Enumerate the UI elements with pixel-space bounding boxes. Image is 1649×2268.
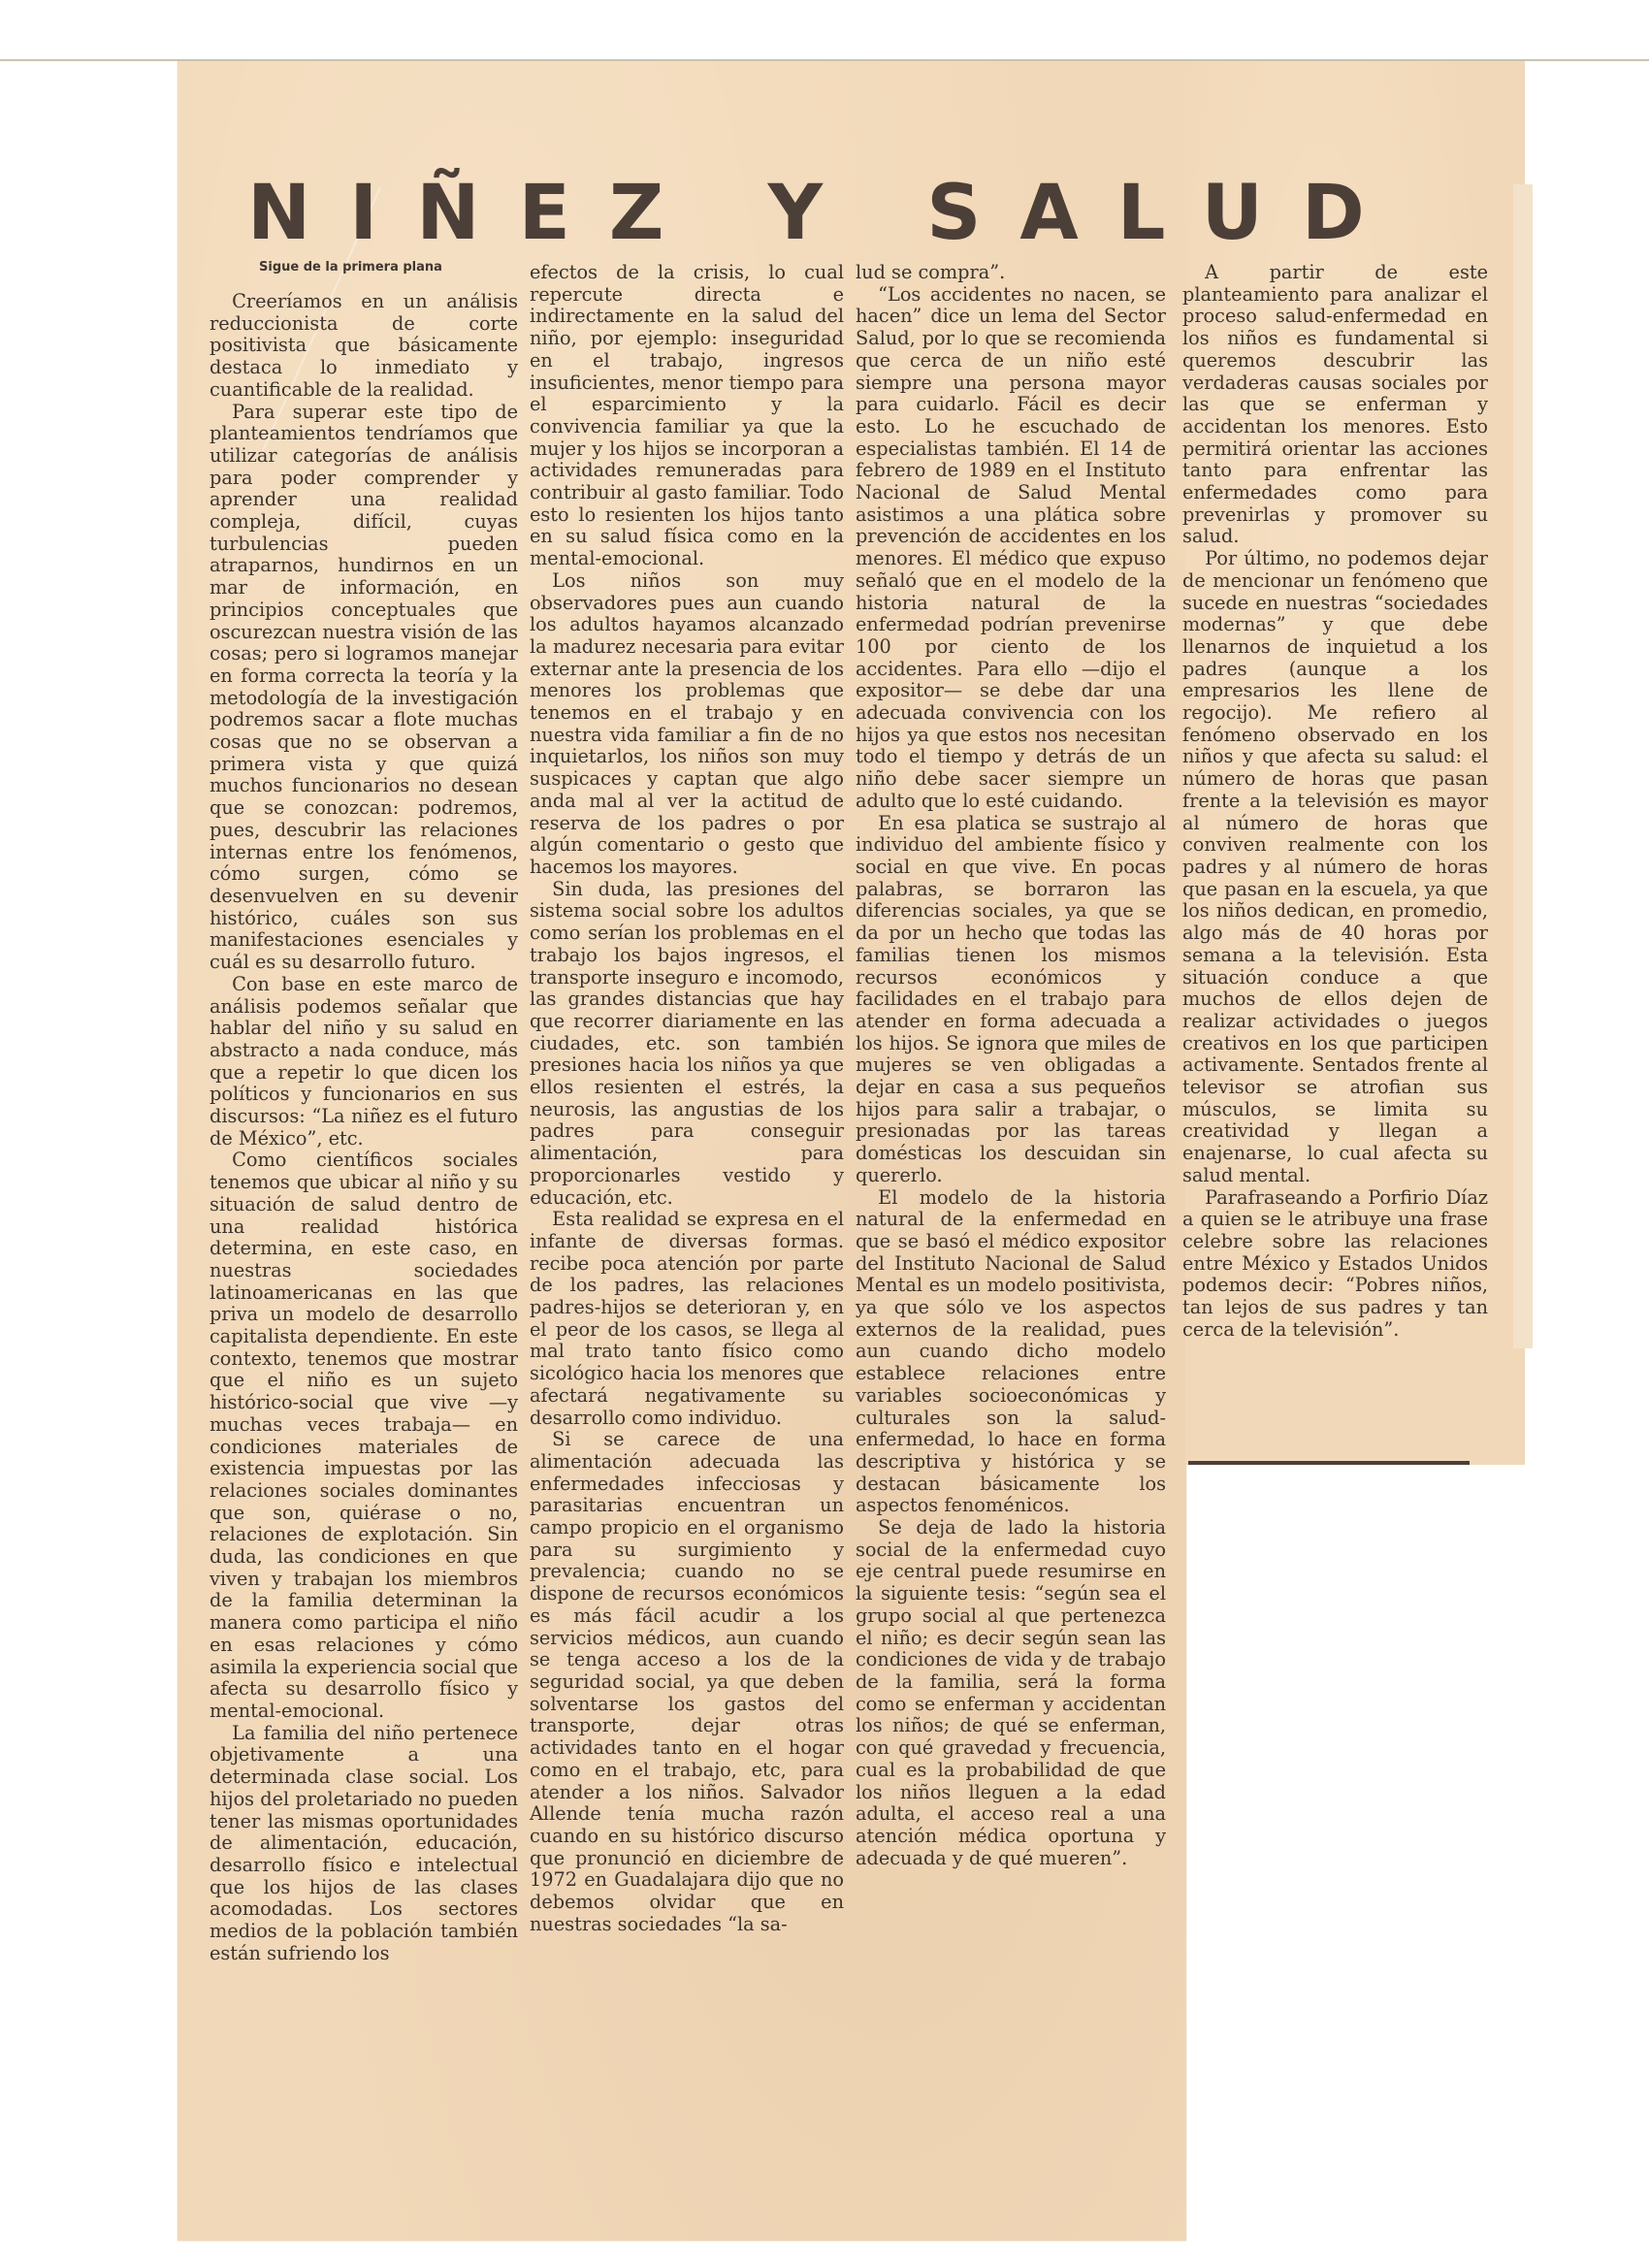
paragraph: La familia del niño pertenece objetivame… bbox=[210, 1723, 518, 1965]
paragraph: Para superar este tipo de planteamientos… bbox=[210, 402, 518, 974]
article-end-rule bbox=[1188, 1461, 1470, 1465]
article-headline: NIÑEZ Y SALUD bbox=[247, 170, 1508, 257]
paragraph: Esta realidad se expresa en el infante d… bbox=[530, 1209, 844, 1429]
paragraph: efectos de la crisis, lo cual repercute … bbox=[530, 262, 844, 570]
paragraph: A partir de este planteamiento para anal… bbox=[1182, 262, 1488, 548]
article-column-3: lud se compra”. “Los accidentes no nacen… bbox=[856, 262, 1166, 1869]
paragraph: Si se carece de una alimentación adecuad… bbox=[530, 1429, 844, 1935]
paragraph: “Los accidentes no nacen, se hacen” dice… bbox=[856, 284, 1166, 813]
paragraph: Como científicos sociales tenemos que ub… bbox=[210, 1150, 518, 1722]
paragraph: En esa platica se sustrajo al individuo … bbox=[856, 813, 1166, 1187]
article-column-4: A partir de este planteamiento para anal… bbox=[1182, 262, 1488, 1341]
article-column-2: efectos de la crisis, lo cual repercute … bbox=[530, 262, 844, 1935]
paragraph: Parafraseando a Porfirio Díaz a quien se… bbox=[1182, 1187, 1488, 1342]
continuation-kicker: Sigue de la primera plana bbox=[259, 260, 442, 275]
paragraph: Por último, no podemos dejar de menciona… bbox=[1182, 548, 1488, 1186]
paragraph: Los niños son muy observadores pues aun … bbox=[530, 570, 844, 879]
article-column-1: Creeríamos en un análisis reduccionista … bbox=[210, 291, 518, 1964]
paragraph: El modelo de la historia natural de la e… bbox=[856, 1187, 1166, 1518]
paragraph: lud se compra”. bbox=[856, 262, 1166, 284]
paragraph: Creeríamos en un análisis reduccionista … bbox=[210, 291, 518, 402]
paragraph: Con base en este marco de análisis podem… bbox=[210, 974, 518, 1150]
paragraph: Se deja de lado la historia social de la… bbox=[856, 1517, 1166, 1869]
adjacent-article-strip bbox=[1513, 184, 1533, 1348]
paragraph: Sin duda, las presiones del sistema soci… bbox=[530, 879, 844, 1210]
